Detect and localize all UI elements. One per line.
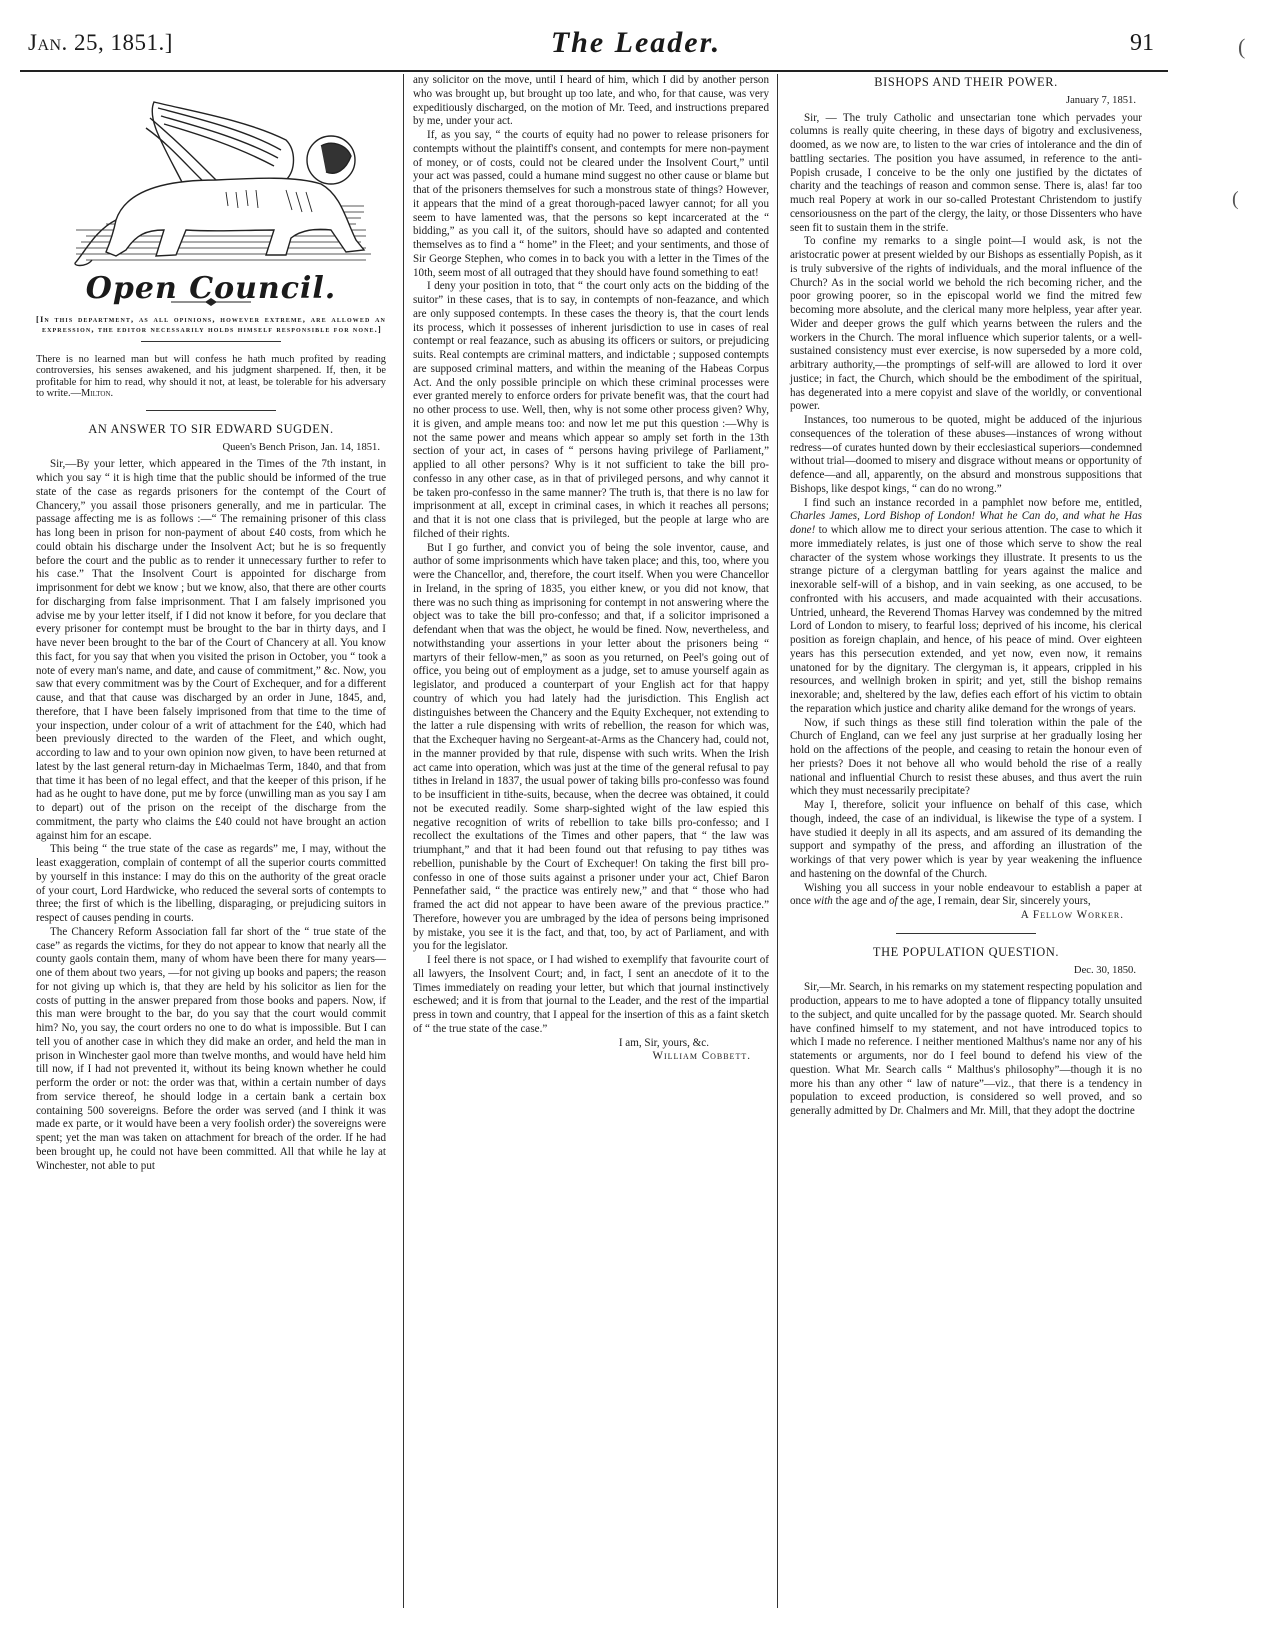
article-paragraph: I feel there is not space, or I had wish…: [413, 954, 769, 1037]
section-title: Open Council.: [36, 282, 386, 296]
article-paragraph: I deny your position in toto, that “ the…: [413, 280, 769, 541]
article-paragraph: I find such an instance recorded in a pa…: [790, 497, 1142, 717]
article-paragraph: But I go further, and convict you of bei…: [413, 542, 769, 955]
article-headline: AN ANSWER TO SIR EDWARD SUGDEN.: [36, 423, 386, 437]
closing-text: the age, I remain, dear Sir, sincerely y…: [900, 895, 1090, 907]
paragraph-text: I find such an instance recorded in a pa…: [804, 497, 1142, 509]
letter-closing: I am, Sir, yours, &c.: [413, 1037, 709, 1051]
column-divider: [777, 74, 778, 1608]
letter-signature: William Cobbett.: [413, 1050, 751, 1064]
masthead: Jan. 25, 1851.] The Leader. 91: [0, 0, 1272, 72]
divider: [896, 933, 1036, 934]
column-2: any solicitor on the move, until I heard…: [413, 74, 769, 1064]
column-3: BISHOPS AND THEIR POWER. January 7, 1851…: [790, 74, 1142, 1119]
motto-attribution: —Milton.: [71, 388, 113, 399]
article-paragraph: If, as you say, “ the courts of equity h…: [413, 129, 769, 280]
article-paragraph: Sir,—By your letter, which appeared in t…: [36, 458, 386, 843]
article-headline: BISHOPS AND THEIR POWER.: [790, 76, 1142, 90]
divider: [141, 341, 281, 342]
divider: [146, 410, 276, 411]
closing-text: the age and: [836, 895, 887, 907]
emphasis-text: with: [814, 895, 833, 907]
letter-signature: A Fellow Worker.: [790, 909, 1124, 923]
emphasis-text: of: [889, 895, 898, 907]
page-number: 91: [1130, 30, 1154, 57]
masthead-rule: [20, 70, 1168, 72]
article-paragraph: Now, if such things as these still find …: [790, 717, 1142, 800]
article-dateline: Queen's Bench Prison, Jan. 14, 1851.: [36, 441, 380, 455]
letter-closing: Wishing you all success in your noble en…: [790, 882, 1142, 910]
article-paragraph: The Chancery Reform Association fall far…: [36, 926, 386, 1174]
article-paragraph: To confine my remarks to a single point—…: [790, 235, 1142, 414]
column-1: Open Council. [In this department, as al…: [36, 74, 386, 1173]
margin-mark: (: [1232, 188, 1239, 211]
article-dateline: January 7, 1851.: [790, 94, 1136, 108]
motto-quote: There is no learned man but will confess…: [36, 354, 386, 400]
article-dateline: Dec. 30, 1850.: [790, 964, 1136, 978]
winged-lion-emblem-icon: [46, 80, 376, 280]
article-paragraph: any solicitor on the move, until I heard…: [413, 74, 769, 129]
article-headline: THE POPULATION QUESTION.: [790, 946, 1142, 960]
article-paragraph: Sir,—Mr. Search, in his remarks on my st…: [790, 981, 1142, 1119]
article-paragraph: Instances, too numerous to be quoted, mi…: [790, 414, 1142, 497]
article-paragraph: Sir, — The truly Catholic and unsectaria…: [790, 112, 1142, 236]
margin-mark: (: [1238, 34, 1245, 60]
newspaper-title: The Leader.: [0, 26, 1272, 60]
article-paragraph: This being “ the true state of the case …: [36, 843, 386, 926]
editorial-disclaimer: [In this department, as all opinions, ho…: [36, 314, 386, 335]
article-paragraph: May I, therefore, solicit your influence…: [790, 799, 1142, 882]
column-divider: [403, 74, 404, 1608]
paragraph-text: to which allow me to direct your serious…: [790, 524, 1142, 715]
